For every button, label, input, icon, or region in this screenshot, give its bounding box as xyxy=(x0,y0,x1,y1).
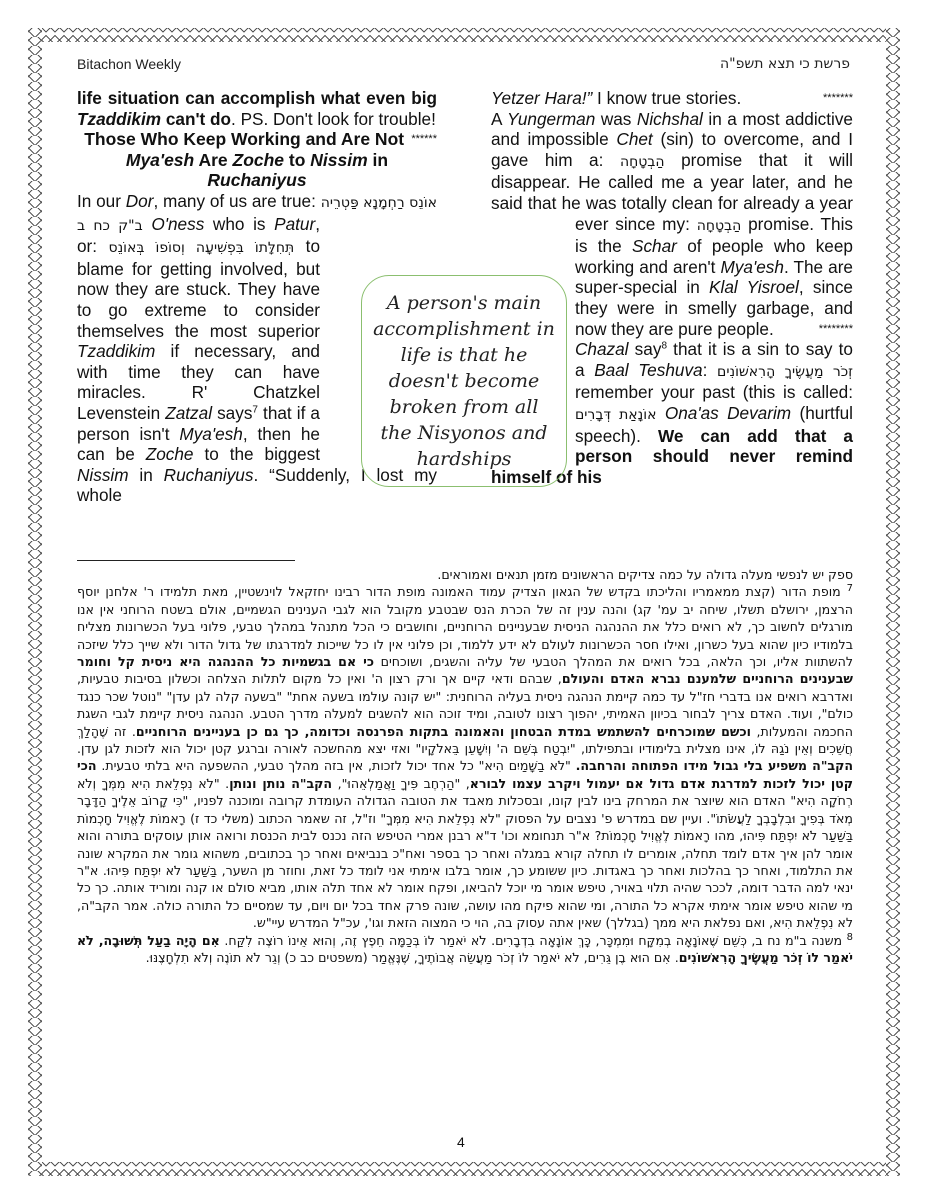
footnote-number: 8 xyxy=(847,931,853,942)
text: to the biggest xyxy=(194,444,320,464)
pull-quote-text: A person's main accomplishment in life i… xyxy=(372,290,556,472)
continuation-paragraph: Yetzer Hara!” I know true stories. *****… xyxy=(491,88,853,109)
hebrew-word: הַבְטָחָה xyxy=(620,154,665,170)
footnote-bold: הקב"ה משפיע בלי גבול מידו הפתוחה והרחבה. xyxy=(576,758,853,773)
text: who is xyxy=(204,214,274,234)
term: Zatzal xyxy=(165,403,212,423)
text: , many of us are true: xyxy=(153,191,320,211)
hebrew-quote: זְכֹר מַעֲשֶׂיךָ הָרִאשׁוֹנִים xyxy=(717,364,853,380)
term: Nissim xyxy=(77,465,129,485)
section-divider-stars: ******** xyxy=(819,319,853,340)
term: O'ness xyxy=(151,214,204,234)
footnote-continuation: ספק יש לנפשי מעלה גדולה על כמה צדיקים הר… xyxy=(77,566,853,583)
text: : xyxy=(703,360,717,380)
term: Patur xyxy=(274,214,315,234)
heading-term: Zoche xyxy=(233,150,285,170)
footnote-7: 7 מופת הדור (קצת ממאמריו והליכתו בקדש של… xyxy=(77,583,853,931)
footnote-bold: וכשם שמוכרחים להשתמש במדת הבטחון והאמונה… xyxy=(136,724,751,739)
publication-title: Bitachon Weekly xyxy=(77,56,181,72)
intro-bold-text: life situation can accomplish what even … xyxy=(77,88,437,108)
term: Mya'esh xyxy=(721,257,784,277)
footnote-8: 8 משנה ב"מ נח ב, כְּשֵׁם שֶׁאוֹנָאָה בְמ… xyxy=(77,932,853,967)
footnote-text: , "הַרְחֶב פִּיךָ וַאֲמַלְאֵהוּ", xyxy=(332,776,470,791)
footnote-number: 7 xyxy=(847,583,853,594)
term: Nichshal xyxy=(637,109,703,129)
section-divider-stars: ****** xyxy=(411,129,437,150)
text: remember your past (this is called: xyxy=(575,382,853,402)
term: Zoche xyxy=(146,444,194,464)
decorative-border-top xyxy=(28,28,900,42)
term: Tzaddikim xyxy=(77,341,155,361)
text: A xyxy=(491,109,507,129)
text: I know true stories. xyxy=(592,88,741,108)
text: In our xyxy=(77,191,126,211)
footnote-text: . "לֹא נִפְלֵאת הִיא מִמְּךָ וְלֹא רְחֹק… xyxy=(77,776,853,930)
footnote-text: "לֹא בַשָּׁמַיִם הִיא" כל אחד יכול לזכות… xyxy=(97,758,576,773)
footnotes-section: ספק יש לנפשי מעלה גדולה על כמה צדיקים הר… xyxy=(77,566,853,966)
term: Yungerman xyxy=(507,109,595,129)
text xyxy=(656,403,664,423)
heading-line-3: Ruchaniyus xyxy=(207,170,306,190)
intro-paragraph: life situation can accomplish what even … xyxy=(77,88,437,129)
term: Dor xyxy=(126,191,154,211)
footnote-separator xyxy=(77,560,295,561)
section-heading: Those Who Keep Working and Are Not Mya'e… xyxy=(77,129,437,191)
footnote-text: . אִם הוּא בֶן גֵּרִים, לֹא יֹאמַר לוֹ ז… xyxy=(146,950,679,965)
heading-text: Are xyxy=(194,150,232,170)
section-divider-stars: ******* xyxy=(823,88,853,109)
decorative-border-left xyxy=(28,28,42,1176)
hebrew-quote: תְּחִלָּתוֹ בִּפְשִׁיעָה וְסוֹפוֹ בְּאוֹ… xyxy=(108,240,294,256)
pull-quote-box: A person's main accomplishment in life i… xyxy=(361,275,567,487)
decorative-border-right xyxy=(886,28,900,1176)
footnote-text: משנה ב"מ נח ב, כְּשֵׁם שֶׁאוֹנָאָה בְמִק… xyxy=(220,933,847,948)
footnote-bold: הקב"ה נותן ונותן xyxy=(229,776,332,791)
term: Schar xyxy=(632,236,677,256)
term: Mya'esh xyxy=(179,424,242,444)
intro-bold-end: can't do xyxy=(161,109,231,129)
page-number: 4 xyxy=(457,1134,465,1150)
intro-bold-italic: Tzaddikim xyxy=(77,109,161,129)
term: Yetzer Hara!” xyxy=(491,88,592,108)
term: Baal Teshuva xyxy=(594,360,702,380)
heading-term: Mya'esh xyxy=(126,150,194,170)
term: Ona'as Devarim xyxy=(665,403,791,423)
heading-text: in xyxy=(368,150,388,170)
text: was xyxy=(595,109,637,129)
heading-text: to xyxy=(284,150,310,170)
hebrew-word: הַבְטָחָה xyxy=(697,218,742,234)
text: in xyxy=(129,465,164,485)
text: say xyxy=(629,339,662,359)
heading-term: Nissim xyxy=(310,150,367,170)
intro-tail: . PS. Don't look for trouble! xyxy=(231,109,436,129)
term: Chet xyxy=(616,129,652,149)
term: Klal Yisroel xyxy=(709,277,799,297)
parsha-title: פרשת כי תצא תשפ"ה xyxy=(720,56,850,72)
term: Ruchaniyus xyxy=(164,465,254,485)
term: Chazal xyxy=(575,339,629,359)
text: says xyxy=(212,403,252,423)
hebrew-quote: אוֹנָאַת דְּבָרִים xyxy=(575,407,656,423)
heading-line-1: Those Who Keep Working and Are Not xyxy=(84,129,404,149)
decorative-border-bottom xyxy=(28,1162,900,1176)
